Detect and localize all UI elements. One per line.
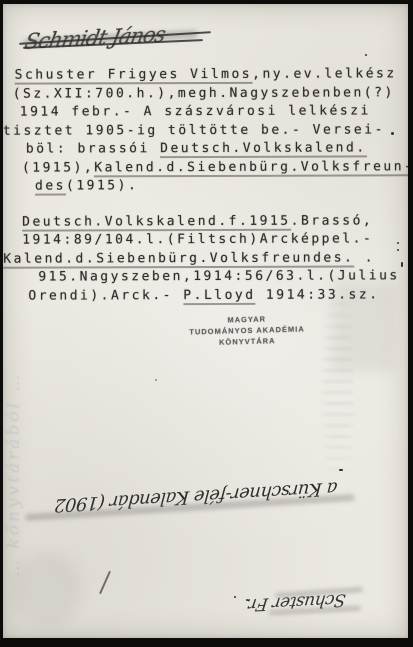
typewritten-paragraph-1: Schuster Frigyes Vilmos,ny.ev.lelkész(Sz…	[3, 65, 408, 196]
underlined-text: Deutsch.Volkskalend.f.1915	[22, 213, 291, 231]
text-segment: 1914:89/104.l.(Filtsch)Arcképpel.-	[22, 231, 373, 247]
text-segment: böl: brassói	[26, 141, 160, 156]
underlined-text: Schuster Frigyes Vilmos	[15, 67, 253, 85]
typewritten-line: böl: brassói Deutsch.Volkskalend.	[3, 139, 408, 159]
typewritten-line: tisztet 1905-ig töltötte be.- Versei-	[3, 121, 408, 141]
typewritten-line: 915.Nagyszeben,1914:56/63.l.(Julius	[3, 267, 408, 287]
text-segment: ,ny.ev.lelkész	[252, 66, 397, 82]
bleedthrough-text-left: … könyvtárából …	[4, 272, 24, 577]
text-segment: 1914 febr.- A szászvárosi lelkészi	[20, 103, 371, 119]
typewritten-text: Schuster Frigyes Vilmos,ny.ev.lelkész(Sz…	[3, 65, 408, 305]
text-segment: (Sz.XII:700.h.),megh.Nagyszebenben(?)	[13, 85, 395, 101]
typewritten-line: 1914:89/104.l.(Filtsch)Arcképpel.-	[3, 230, 408, 250]
pencil-stroke	[99, 571, 111, 595]
library-stamp: MAGYAR TUDOMÁNYOS AKADÉMIA KÖNYVTÁRA	[189, 312, 306, 348]
typewritten-paragraph-2: Deutsch.Volkskalend.f.1915.Brassó,1914:8…	[3, 212, 408, 306]
text-segment: 915.Nagyszeben,1914:56/63.l.(Julius	[38, 268, 399, 284]
text-segment: Orendi).Arck.-	[28, 288, 183, 304]
typewritten-line: des(1915).	[3, 176, 408, 196]
typewritten-line: Schuster Frigyes Vilmos,ny.ev.lelkész	[3, 65, 408, 85]
underlined-text: P.Lloyd	[183, 287, 255, 304]
scanned-card-photo: … könyvtárából … Schmidt János Schuster …	[0, 0, 413, 647]
catalog-card: … könyvtárából … Schmidt János Schuster …	[3, 4, 408, 638]
text-segment: 1914:33.sz.	[256, 287, 380, 302]
text-segment: .	[354, 250, 375, 265]
typewritten-line: (Sz.XII:700.h.),megh.Nagyszebenben(?)	[3, 84, 408, 104]
text-segment: (1915),	[22, 160, 94, 175]
underlined-text: Kalend.d.Siebenbürg.Volksfreundes.	[3, 250, 354, 268]
typewritten-line: Kalend.d.Siebenbürg.Volksfreundes. .	[3, 249, 408, 269]
typewritten-line: 1914 febr.- A szászvárosi lelkészi	[3, 102, 408, 122]
underlined-text: Kalend.d.Siebenbürg.Volksfreun-	[94, 159, 408, 177]
underlined-text: des	[35, 178, 66, 195]
underlined-text: Deutsch.Volkskalend.	[160, 140, 367, 158]
typewritten-line: Orendi).Arck.- P.Lloyd 1914:33.sz.	[3, 286, 408, 306]
typewritten-line: (1915),Kalend.d.Siebenbürg.Volksfreun-	[3, 158, 408, 178]
typewritten-line: Deutsch.Volkskalend.f.1915.Brassó,	[3, 212, 408, 232]
paper-specks	[3, 4, 4, 5]
text-segment: tisztet 1905-ig töltötte be.- Versei-	[3, 122, 385, 138]
text-segment: (1915).	[66, 178, 138, 193]
text-segment: .Brassó,	[291, 213, 374, 228]
paper-blotch	[11, 552, 81, 627]
